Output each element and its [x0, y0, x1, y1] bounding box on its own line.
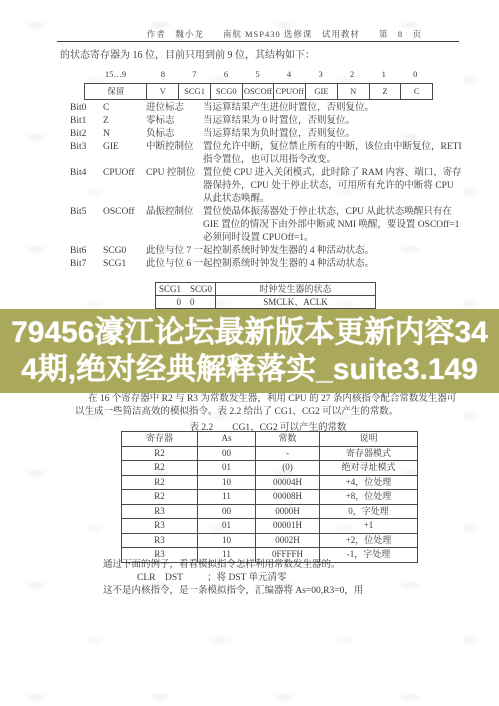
bit-flag: Z: [103, 115, 146, 128]
ad-banner-line2: 4期,绝对经典解释落实_suite3.149: [21, 351, 478, 388]
bit-name: 晶振控制位: [146, 206, 203, 245]
bit-cell: SCG1: [179, 84, 211, 99]
table-cell: R2: [122, 447, 198, 462]
table-cell: 11: [198, 490, 256, 505]
bit-name: 进位标志: [146, 102, 203, 115]
table-cell: 0，字处理: [320, 505, 418, 520]
bit-index: 8: [147, 69, 179, 79]
constant-table: 寄存器 As 常数 说明 R2 00 - 寄存器模式 R2 01 (0) 绝对寻…: [121, 431, 418, 563]
constant-generator-paragraph-line2: 以生成一些简洁高效的模拟指令。表 2.2 给出了 CG1、CG2 可以产生的常数…: [75, 403, 398, 417]
bit-desc-text: 当运算结果为 0 时置位，否则复位。: [203, 115, 462, 128]
example-intro-paragraph: 通过下面的例子，看看模拟指令怎样利用常数发生器的。: [103, 556, 341, 570]
bit-desc-text: 置位使晶体振荡器处于停止状态，CPU 从此状态唤醒只有在 GIE 置位的情况下由…: [203, 206, 462, 245]
ad-banner[interactable]: 79456濠江论坛最新版本更新内容34 4期,绝对经典解释落实_suite3.1…: [0, 309, 499, 393]
table-cell: 绝对寻址模式: [320, 461, 418, 476]
bit-flag: SCG0: [103, 245, 146, 258]
bit-cell: SCG0: [211, 84, 243, 99]
bit-name: 负标志: [146, 128, 203, 141]
status-register-bit-table: 保留 V SCG1 SCG0 OSCOff CPUOff GIE N Z C: [84, 83, 433, 100]
bit-flag: GIE: [103, 141, 146, 167]
bit-index: 5: [242, 69, 274, 79]
table-cell: 10: [198, 476, 256, 491]
bit-cell: OSCOff: [243, 84, 275, 99]
bit-desc-text: 此位与位 6 一起控制系统时钟发生器的 4 种活动状态。: [146, 258, 462, 271]
scg-header-bits: SCG1 SCG0: [156, 283, 216, 296]
table-cell: R2: [122, 461, 198, 476]
bit-index: 3: [305, 69, 337, 79]
bit-cell: 保留: [85, 84, 147, 99]
table-cell: 0000H: [256, 505, 320, 520]
bit-name: 中断控制位: [146, 141, 203, 167]
bit-flag: SCG1: [103, 258, 146, 271]
col-header: 说明: [320, 432, 418, 447]
header-rule: [57, 41, 459, 42]
col-header: 寄存器: [122, 432, 198, 447]
scg-header-state: 时钟发生器的状态: [216, 283, 376, 296]
table-cell: 01: [198, 461, 256, 476]
closing-paragraph: 这不是内核指令，是一条模拟指令，汇编器将 As=00,R3=0，用: [103, 582, 363, 596]
bit-index: 0: [399, 69, 431, 79]
bit-index: 4: [273, 69, 305, 79]
bit-label: Bit2: [70, 128, 103, 141]
table-cell: R2: [122, 490, 198, 505]
page-header: 作者 魏小龙 南航 MSP430 选修课 试用教材 第 8 页: [0, 28, 499, 40]
bit-index: 15…9: [84, 69, 147, 79]
bit-desc-text: 置位允许中断，复位禁止所有的中断，该位由中断复位，RETI 指令置位，也可以用指…: [203, 141, 462, 167]
bit-label: Bit4: [70, 167, 103, 206]
ad-banner-line1: 79456濠江论坛最新版本更新内容34: [11, 314, 488, 351]
table-cell: (0): [256, 461, 320, 476]
bit-desc-text: 置位使 CPU 进入关闭模式，此时除了 RAM 内容、端口、寄存器保持外，CPU…: [203, 167, 462, 206]
table-cell: +1: [320, 519, 418, 534]
assembly-code-line: CLR DST ；将 DST 单元清零: [137, 569, 287, 583]
intro-paragraph: 的状态寄存器为 16 位，目前只用到前 9 位，其结构如下：: [60, 46, 460, 61]
bit-index: 7: [179, 69, 211, 79]
bit-label: Bit3: [70, 141, 103, 167]
bit-label: Bit7: [70, 258, 103, 271]
table-cell: 01: [198, 519, 256, 534]
bit-cell: Z: [370, 84, 402, 99]
bit-flag: N: [103, 128, 146, 141]
table-cell: 寄存器模式: [320, 447, 418, 462]
table-cell: +2，位处理: [320, 534, 418, 549]
table-cell: R3: [122, 505, 198, 520]
table-cell: 0002H: [256, 534, 320, 549]
col-header: As: [198, 432, 256, 447]
bit-label: Bit6: [70, 245, 103, 258]
bit-cell: GIE: [306, 84, 338, 99]
bit-name: CPU 控制位: [146, 167, 203, 206]
bit-cell: CPUOff: [274, 84, 306, 99]
bit-label: Bit0: [70, 102, 103, 115]
bit-index: 1: [368, 69, 400, 79]
table-cell: +4，位处理: [320, 476, 418, 491]
bit-label: Bit5: [70, 206, 103, 245]
bit-desc-text: 当运算结果产生进位时置位，否则复位。: [203, 102, 462, 115]
bit-index-row: 15…9 8 7 6 5 4 3 2 1 0: [84, 69, 431, 79]
table-cell: R3: [122, 519, 198, 534]
table-cell: 00: [198, 505, 256, 520]
scg-cell: 0 0: [156, 296, 216, 309]
bit-flag: C: [103, 102, 146, 115]
bit-cell: V: [147, 84, 179, 99]
scanned-page: 作者 魏小龙 南航 MSP430 选修课 试用教材 第 8 页 的状态寄存器为 …: [0, 0, 499, 706]
bit-index: 6: [210, 69, 242, 79]
table-cell: 00: [198, 447, 256, 462]
col-header: 常数: [256, 432, 320, 447]
bit-desc-text: 当运算结果为负时置位，否则复位。: [203, 128, 462, 141]
bit-name: 零标志: [146, 115, 203, 128]
table-cell: 10: [198, 534, 256, 549]
table-cell: +8，位处理: [320, 490, 418, 505]
bit-flag: OSCOff: [103, 206, 146, 245]
bit-desc-text: 此位与位 7 一起控制系统时钟发生器的 4 种活动状态。: [146, 245, 462, 258]
bit-label: Bit1: [70, 115, 103, 128]
bit-flag: CPUOff: [103, 167, 146, 206]
bit-index: 2: [336, 69, 368, 79]
table-cell: 00008H: [256, 490, 320, 505]
bit-cell: N: [338, 84, 370, 99]
table-cell: R3: [122, 534, 198, 549]
bit-cell: C: [401, 84, 432, 99]
table-cell: 00004H: [256, 476, 320, 491]
scg-cell: SMCLK、ACLK: [216, 296, 376, 309]
table-cell: -: [256, 447, 320, 462]
table-cell: R2: [122, 476, 198, 491]
bit-description-list: Bit0 C 进位标志 当运算结果产生进位时置位，否则复位。 Bit1 Z 零标…: [70, 102, 462, 271]
table-cell: 00001H: [256, 519, 320, 534]
